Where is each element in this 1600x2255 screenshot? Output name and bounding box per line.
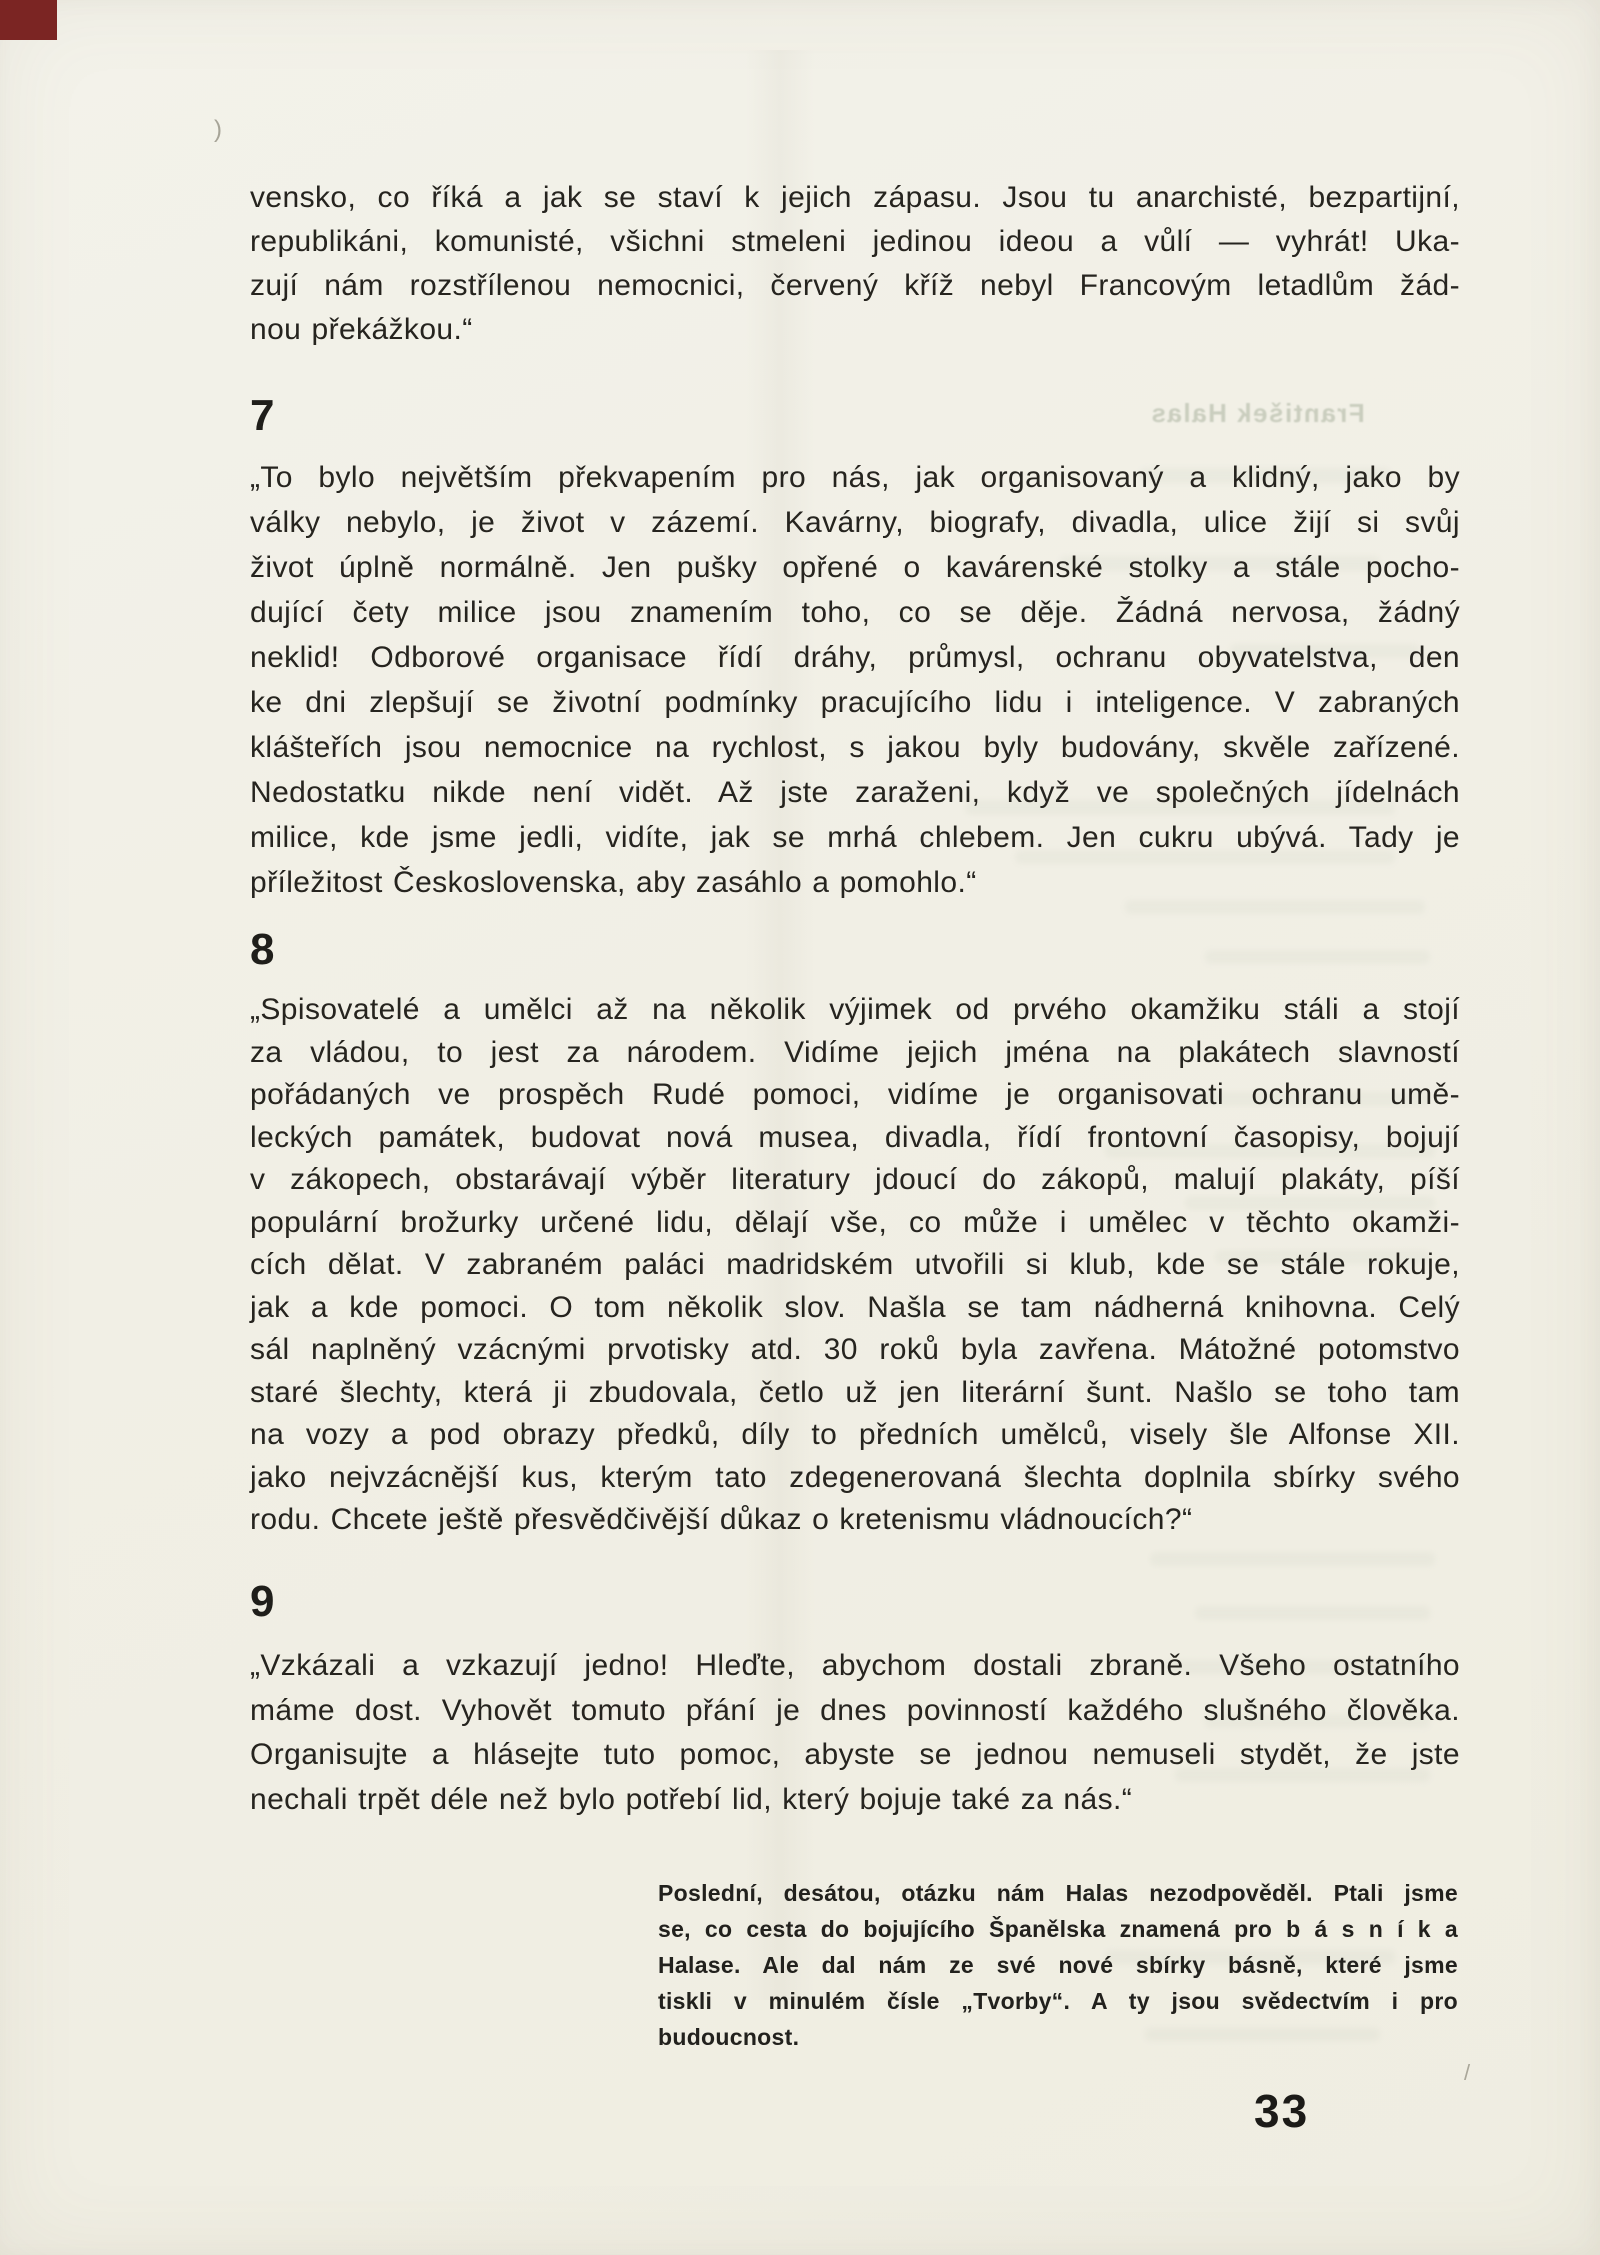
- text-line: máme dost. Vyhovět tomuto přání je dnes …: [250, 1689, 1460, 1734]
- section-number-8: 8: [250, 928, 275, 972]
- text-line: zují nám rozstřílenou nemocnici, červený…: [250, 264, 1460, 308]
- text-line: „Spisovatelé a umělci až na několik výji…: [250, 989, 1460, 1032]
- text-line: sál naplněný vzácnými prvotisky atd. 30 …: [250, 1329, 1460, 1372]
- editor-note: Poslední, desátou, otázku nám Halas nezo…: [658, 1875, 1458, 2055]
- text-line: dující čety milice jsou znamením toho, c…: [250, 590, 1460, 635]
- text-line: republikáni, komunisté, všichni stmeleni…: [250, 220, 1460, 264]
- text-line: pořádaných ve prospěch Rudé pomoci, vidí…: [250, 1074, 1460, 1117]
- text-line: v zákopech, obstarávají výběr literatury…: [250, 1159, 1460, 1202]
- text-line: nou překážkou.“: [250, 308, 1460, 352]
- bleedthrough-author-ghost: František Halas: [1150, 398, 1365, 429]
- text-line: budoucnost.: [658, 2019, 1458, 2055]
- text-line: vensko, co říká a jak se staví k jejich …: [250, 176, 1460, 220]
- section-number-7: 7: [250, 394, 275, 438]
- text-line: jak a kde pomoci. O tom několik slov. Na…: [250, 1287, 1460, 1330]
- text-line: Nedostatku nikde není vidět. Až jste zar…: [250, 770, 1460, 815]
- text-line: staré šlechty, která ji zbudovala, četlo…: [250, 1372, 1460, 1415]
- text-line: nechali trpět déle než bylo potřebí lid,…: [250, 1778, 1460, 1823]
- page-number: 33: [1254, 2088, 1309, 2134]
- stray-mark-slash: /: [1464, 2060, 1470, 2086]
- text-line: Organisujte a hlásejte tuto pomoc, abyst…: [250, 1733, 1460, 1778]
- section-8-paragraph: „Spisovatelé a umělci až na několik výji…: [250, 989, 1460, 1542]
- text-line: jako nejvzácnější kus, kterým tato zdege…: [250, 1457, 1460, 1500]
- text-line: populární brožurky určené lidu, dělají v…: [250, 1202, 1460, 1245]
- text-line: život úplně normálně. Jen pušky opřené o…: [250, 545, 1460, 590]
- intro-paragraph: vensko, co říká a jak se staví k jejich …: [250, 176, 1460, 352]
- text-line: na vozy a pod obrazy předků, díly to pře…: [250, 1414, 1460, 1457]
- red-corner-mark: [0, 0, 57, 40]
- bleedthrough-smudge: [1195, 1606, 1430, 1620]
- text-line: „Vzkázali a vzkazují jedno! Hleďte, abyc…: [250, 1644, 1460, 1689]
- text-line: milice, kde jsme jedli, vidíte, jak se m…: [250, 815, 1460, 860]
- scanned-page: František Halas ) / vensko, co říká a ja…: [0, 0, 1600, 2255]
- text-line: rodu. Chcete ještě přesvědčivější důkaz …: [250, 1499, 1460, 1542]
- stray-mark-parenthesis: ): [214, 116, 222, 144]
- text-line: ke dni zlepšují se životní podmínky prac…: [250, 680, 1460, 725]
- text-line: války nebylo, je život v zázemí. Kavárny…: [250, 500, 1460, 545]
- section-number-9: 9: [250, 1580, 275, 1624]
- text-line: za vládou, to jest za národem. Vidíme je…: [250, 1032, 1460, 1075]
- bleedthrough-smudge: [1150, 1552, 1435, 1566]
- text-line: klášteřích jsou nemocnice na rychlost, s…: [250, 725, 1460, 770]
- text-line: Halase. Ale dal nám ze své nové sbírky b…: [658, 1947, 1458, 1983]
- bleedthrough-smudge: [1205, 950, 1430, 964]
- text-line: leckých památek, budovat nová musea, div…: [250, 1117, 1460, 1160]
- text-line: tiskli v minulém čísle „Tvorby“. A ty js…: [658, 1983, 1458, 2019]
- section-7-paragraph: „To bylo největším překvapením pro nás, …: [250, 455, 1460, 905]
- section-9-paragraph: „Vzkázali a vzkazují jedno! Hleďte, abyc…: [250, 1644, 1460, 1822]
- text-line: cích dělat. V zabraném paláci madridském…: [250, 1244, 1460, 1287]
- text-line: „To bylo největším překvapením pro nás, …: [250, 455, 1460, 500]
- text-line: neklid! Odborové organisace řídí dráhy, …: [250, 635, 1460, 680]
- text-line: se, co cesta do bojujícího Španělska zna…: [658, 1911, 1458, 1947]
- text-line: Poslední, desátou, otázku nám Halas nezo…: [658, 1875, 1458, 1911]
- text-line: příležitost Československa, aby zasáhlo …: [250, 860, 1460, 905]
